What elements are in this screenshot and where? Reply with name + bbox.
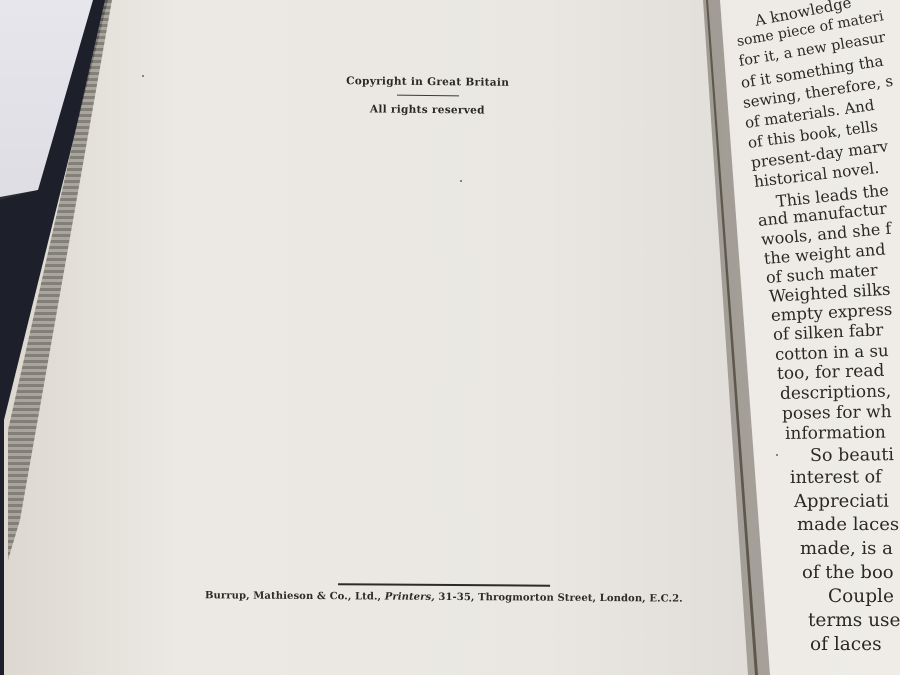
body-text-line: information: [785, 423, 886, 444]
copyright-text: Copyright in Great Britain: [325, 75, 530, 89]
body-text-line: made laces: [797, 514, 899, 535]
divider-rule: [397, 95, 459, 97]
body-text-line: So beauti: [810, 445, 894, 466]
paper-speck: [142, 75, 144, 77]
body-text-line: poses for wh: [782, 402, 892, 424]
body-text-line: Couple: [828, 586, 894, 607]
body-text-line: Appreciati: [794, 491, 889, 512]
body-text-line: too, for read: [777, 361, 885, 384]
body-text-line: terms use: [808, 610, 900, 631]
printer-address: 31-35, Throgmorton Street, London, E.C.2…: [438, 592, 682, 605]
body-text-line: of the boo: [802, 562, 894, 583]
printer-name: Burrup, Mathieson & Co., Ltd.,: [205, 590, 381, 602]
paper-speck: [460, 180, 462, 182]
body-text-line: made, is a: [800, 538, 893, 559]
rights-text: All rights reserved: [325, 103, 530, 117]
body-text-line: of laces: [810, 634, 882, 655]
imprint-rule: [338, 583, 550, 586]
printer-imprint: Burrup, Mathieson & Co., Ltd., Printers,…: [205, 582, 695, 604]
body-text-line: descriptions,: [780, 381, 892, 404]
printer-role: Printers,: [385, 592, 435, 603]
body-text-line: interest of: [790, 467, 882, 488]
copyright-notice: Copyright in Great Britain All rights re…: [325, 75, 530, 117]
paper-speck: [776, 454, 778, 456]
